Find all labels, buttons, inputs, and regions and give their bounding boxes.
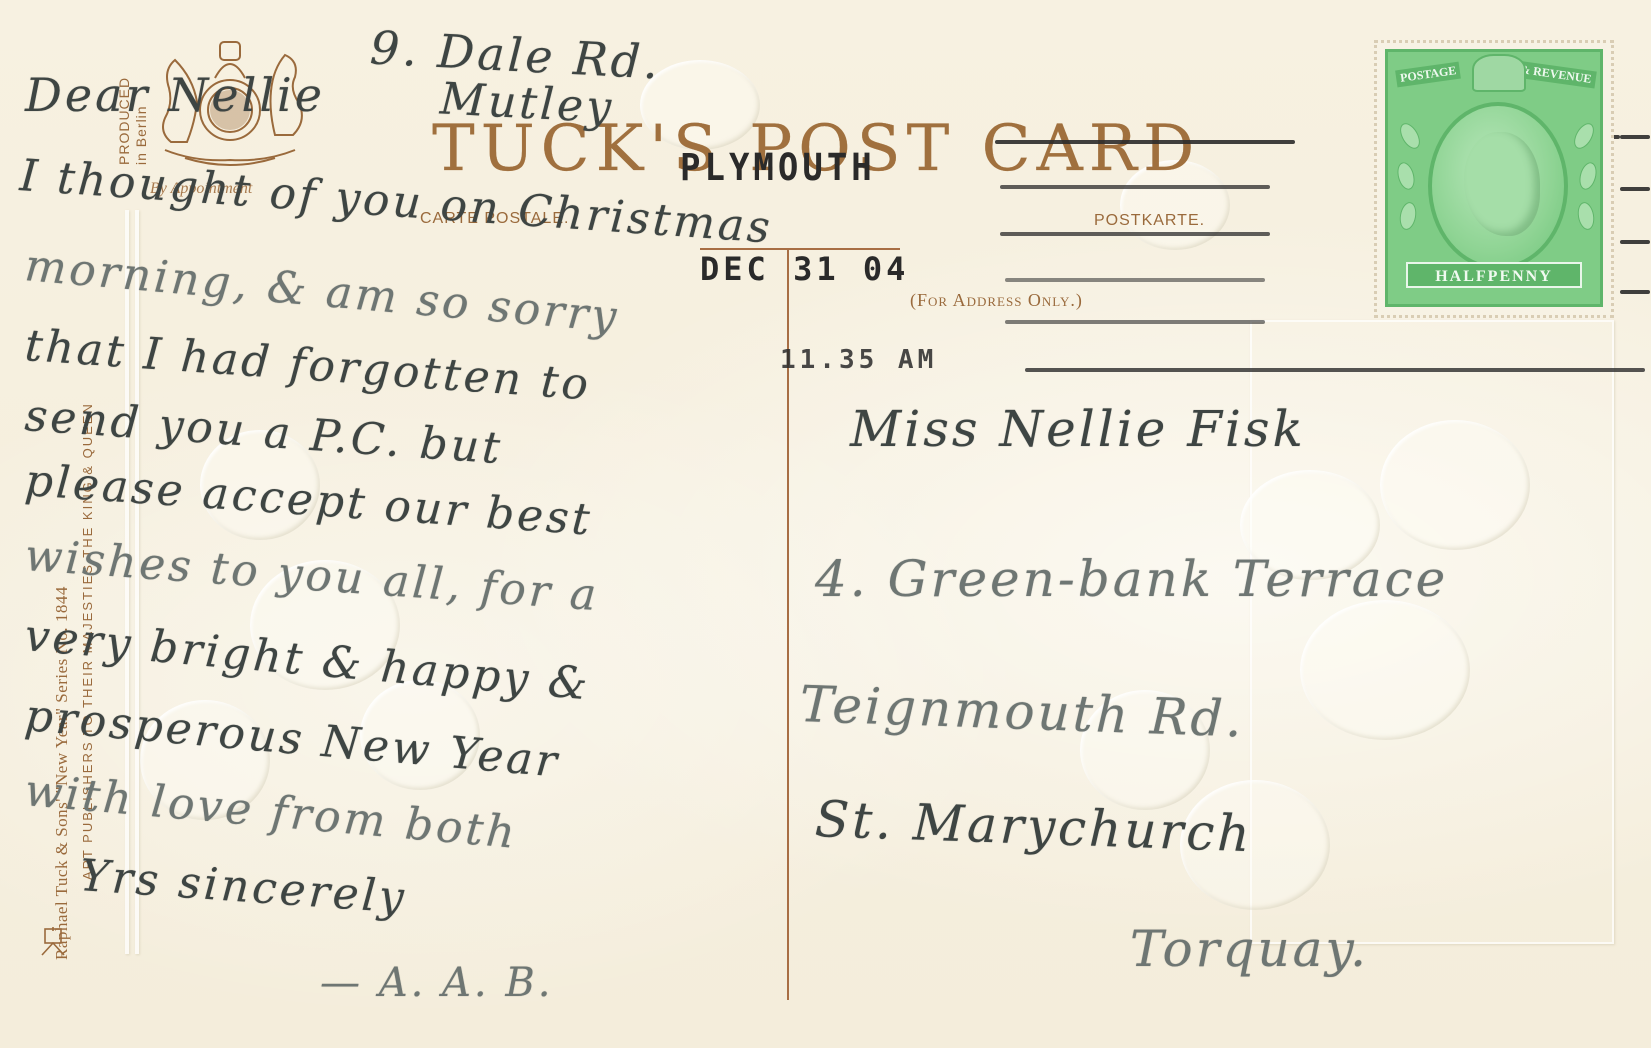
stamp-value-label: HALFPENNY [1406, 262, 1582, 288]
postmark-time: 11.35 AM [780, 345, 937, 375]
embossed-flower [1300, 600, 1470, 740]
cancellation-line [1005, 320, 1265, 324]
crown-icon [1472, 54, 1526, 92]
postmark-date: DEC 31 04 [700, 250, 909, 288]
cancellation-line [1025, 368, 1645, 372]
laurel-leaf-icon [1398, 201, 1419, 231]
postmark-town: PLYMOUTH [680, 146, 876, 190]
recipient-district: St. Marychurch [814, 790, 1254, 863]
recipient-name: Miss Nellie Fisk [850, 400, 1306, 458]
laurel-leaf-icon [1570, 120, 1598, 152]
signature: — A. A. B. [320, 960, 553, 1006]
laurel-leaf-icon [1396, 120, 1424, 152]
postkarte-label: POSTKARTE. [1094, 212, 1205, 230]
cancellation-line [995, 140, 1295, 144]
for-address-only-label: (For Address Only.) [910, 290, 1083, 311]
cancellation-line [1620, 135, 1650, 139]
cancellation-line [1620, 290, 1650, 294]
postcard-back: By Appointment Raphael Tuck & Sons' "New… [0, 0, 1651, 1048]
stamp-postage-label: POSTAGE [1395, 62, 1461, 88]
cancellation-line [1000, 232, 1270, 236]
cancellation-line [1000, 185, 1270, 189]
embossed-flower [1380, 420, 1530, 550]
cancellation-line [1620, 240, 1650, 244]
message-line: Dear Nellie [25, 68, 325, 122]
recipient-street: 4. Green-bank Terrace [815, 550, 1448, 608]
cancellation-line [1005, 278, 1265, 282]
recipient-town: Torquay. [1130, 920, 1369, 978]
tuck-easel-logo-icon [38, 925, 68, 959]
postage-stamp: POSTAGE & REVENUE HALFPENNY [1374, 40, 1614, 318]
laurel-leaf-icon [1577, 160, 1600, 191]
king-portrait-icon [1428, 102, 1568, 270]
laurel-leaf-icon [1395, 160, 1418, 191]
return-address-line: Mutley [439, 73, 615, 133]
recipient-road: Teignmouth Rd. [799, 675, 1245, 748]
stamp-revenue-label: & REVENUE [1516, 61, 1597, 89]
laurel-leaf-icon [1576, 201, 1597, 231]
cancellation-line [1620, 187, 1650, 191]
